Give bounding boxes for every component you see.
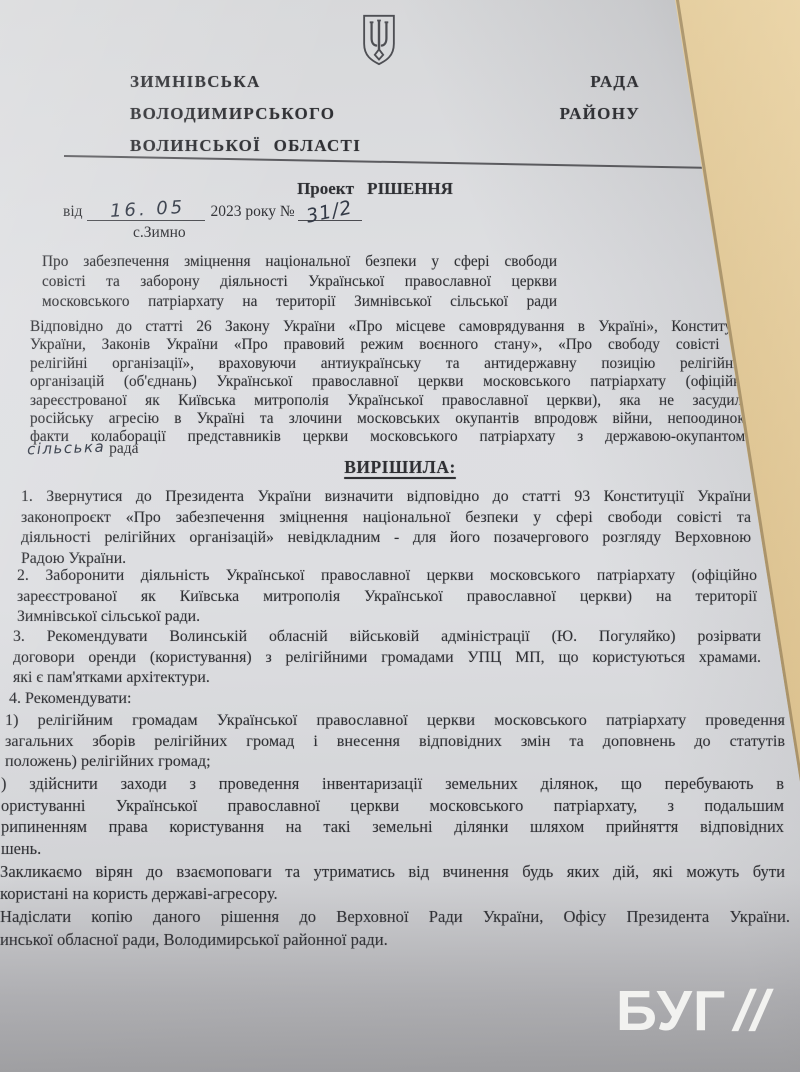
text-line: організацій (об'єднань) Української прав… (30, 373, 749, 391)
text-line: зареєстрованої як Київська митрополія Ук… (30, 392, 749, 410)
preamble-paragraph: Відповідно до статті 26 Закону України «… (30, 318, 749, 447)
date-prefix: від (63, 203, 83, 221)
text-line: шень. (1, 838, 784, 860)
text-line: Відповідно до статті 26 Закону України «… (30, 318, 749, 336)
text-line: зареєстрованої як Київська митрополія Ук… (17, 587, 757, 608)
handwritten-insert-line: сільська рада (27, 439, 138, 458)
resolution-item-6: Надіслати копію даного рішення до Верхов… (0, 906, 790, 951)
text-line: законопроєкт «Про забезпечення зміцнення… (21, 508, 751, 529)
doc-type-title: Проект РІШЕННЯ (175, 179, 575, 199)
text-line: ЗИМНІВСЬКА РАДА (130, 66, 640, 98)
document-content: ЗИМНІВСЬКА РАДАВОЛОДИМИРСЬКОГО РАЙОНУВОЛ… (0, 0, 800, 1072)
text-line: загальних зборів релігійних громад і вне… (5, 731, 785, 752)
text-line: користані на користь державі-агресору. (0, 883, 785, 905)
resolution-item-2: 2. Заборонити діяльність Української пра… (17, 566, 757, 628)
number-underline: 31/2 (298, 198, 362, 221)
handwritten-word: сільська (27, 438, 106, 459)
text-line: 1) релігійним громадам Української право… (5, 710, 785, 731)
text-line: Надіслати копію даного рішення до Верхов… (0, 906, 790, 929)
text-line: договори оренди (користування) з релігій… (13, 648, 761, 669)
resolution-item-4-sub-2: ) здійснити заходи з проведення інвентар… (1, 773, 784, 859)
year-number-label: 2023 року № (211, 203, 295, 221)
text-line: 1. Звернутися до Президента України визн… (21, 487, 751, 508)
text-line: московського патріархату на території Зи… (42, 292, 557, 312)
text-line: 3. Рекомендувати Волинській обласній вій… (13, 627, 761, 648)
resolution-item-5: Закликаємо вірян до взаємоповаги та утри… (0, 861, 785, 905)
photo-of-document: ЗИМНІВСЬКА РАДАВОЛОДИМИРСЬКОГО РАЙОНУВОЛ… (0, 0, 800, 1072)
text-line: Про забезпечення зміцнення національної … (42, 252, 557, 272)
subject-paragraph: Про забезпечення зміцнення національної … (42, 252, 557, 312)
resolution-item-4-heading: 4. Рекомендувати: (9, 690, 131, 708)
text-line: російську агресію в Україні та злочини м… (30, 410, 749, 428)
printed-word: рада (109, 440, 138, 457)
resolution-item-3: 3. Рекомендувати Волинській обласній вій… (13, 627, 761, 689)
bug-logo-text: БУГ (616, 978, 726, 1044)
resolution-item-4-sub-1: 1) релігійним громадам Української право… (5, 710, 785, 772)
text-line: ВОЛОДИМИРСЬКОГО РАЙОНУ (130, 98, 640, 130)
text-line: які є пам'ятками архітектури. (13, 668, 761, 689)
handwritten-date: 16. 05 (99, 197, 191, 223)
text-line: Зимнівської сільської ради. (17, 607, 757, 628)
document-paper: ЗИМНІВСЬКА РАДАВОЛОДИМИРСЬКОГО РАЙОНУВОЛ… (0, 0, 800, 1072)
text-line: совісті та заборону діяльності Українськ… (42, 272, 557, 292)
text-line: положень) релігійних громад; (5, 751, 785, 772)
place-label: с.Зимно (133, 224, 186, 242)
resolution-heading: ВИРІШИЛА: (200, 457, 600, 478)
tryzub-icon (358, 14, 400, 66)
text-line: діяльності релігійних організацій» невід… (21, 528, 751, 549)
handwritten-number: 31/2 (301, 196, 359, 229)
date-underline: 16. 05 (87, 199, 205, 221)
date-line: від 16. 05 2023 року № 31/2 (63, 198, 362, 221)
council-header: ЗИМНІВСЬКА РАДАВОЛОДИМИРСЬКОГО РАЙОНУВОЛ… (130, 66, 640, 162)
text-line: рипиненням права користування на такі зе… (1, 816, 784, 838)
text-line: релігійні організації», враховуючи антиу… (30, 355, 749, 373)
text-line: 2. Заборонити діяльність Української пра… (17, 566, 757, 587)
text-line: ) здійснити заходи з проведення інвентар… (1, 773, 784, 795)
text-line: инської обласної ради, Володимирської ра… (0, 929, 790, 952)
bug-logo-watermark: БУГ // (616, 978, 770, 1044)
text-line: Закликаємо вірян до взаємоповаги та утри… (0, 861, 785, 883)
text-line: України, Законів України «Про правовий р… (30, 336, 749, 354)
text-line: ористуванні Української православної цер… (1, 795, 784, 817)
resolution-item-1: 1. Звернутися до Президента України визн… (21, 487, 751, 569)
